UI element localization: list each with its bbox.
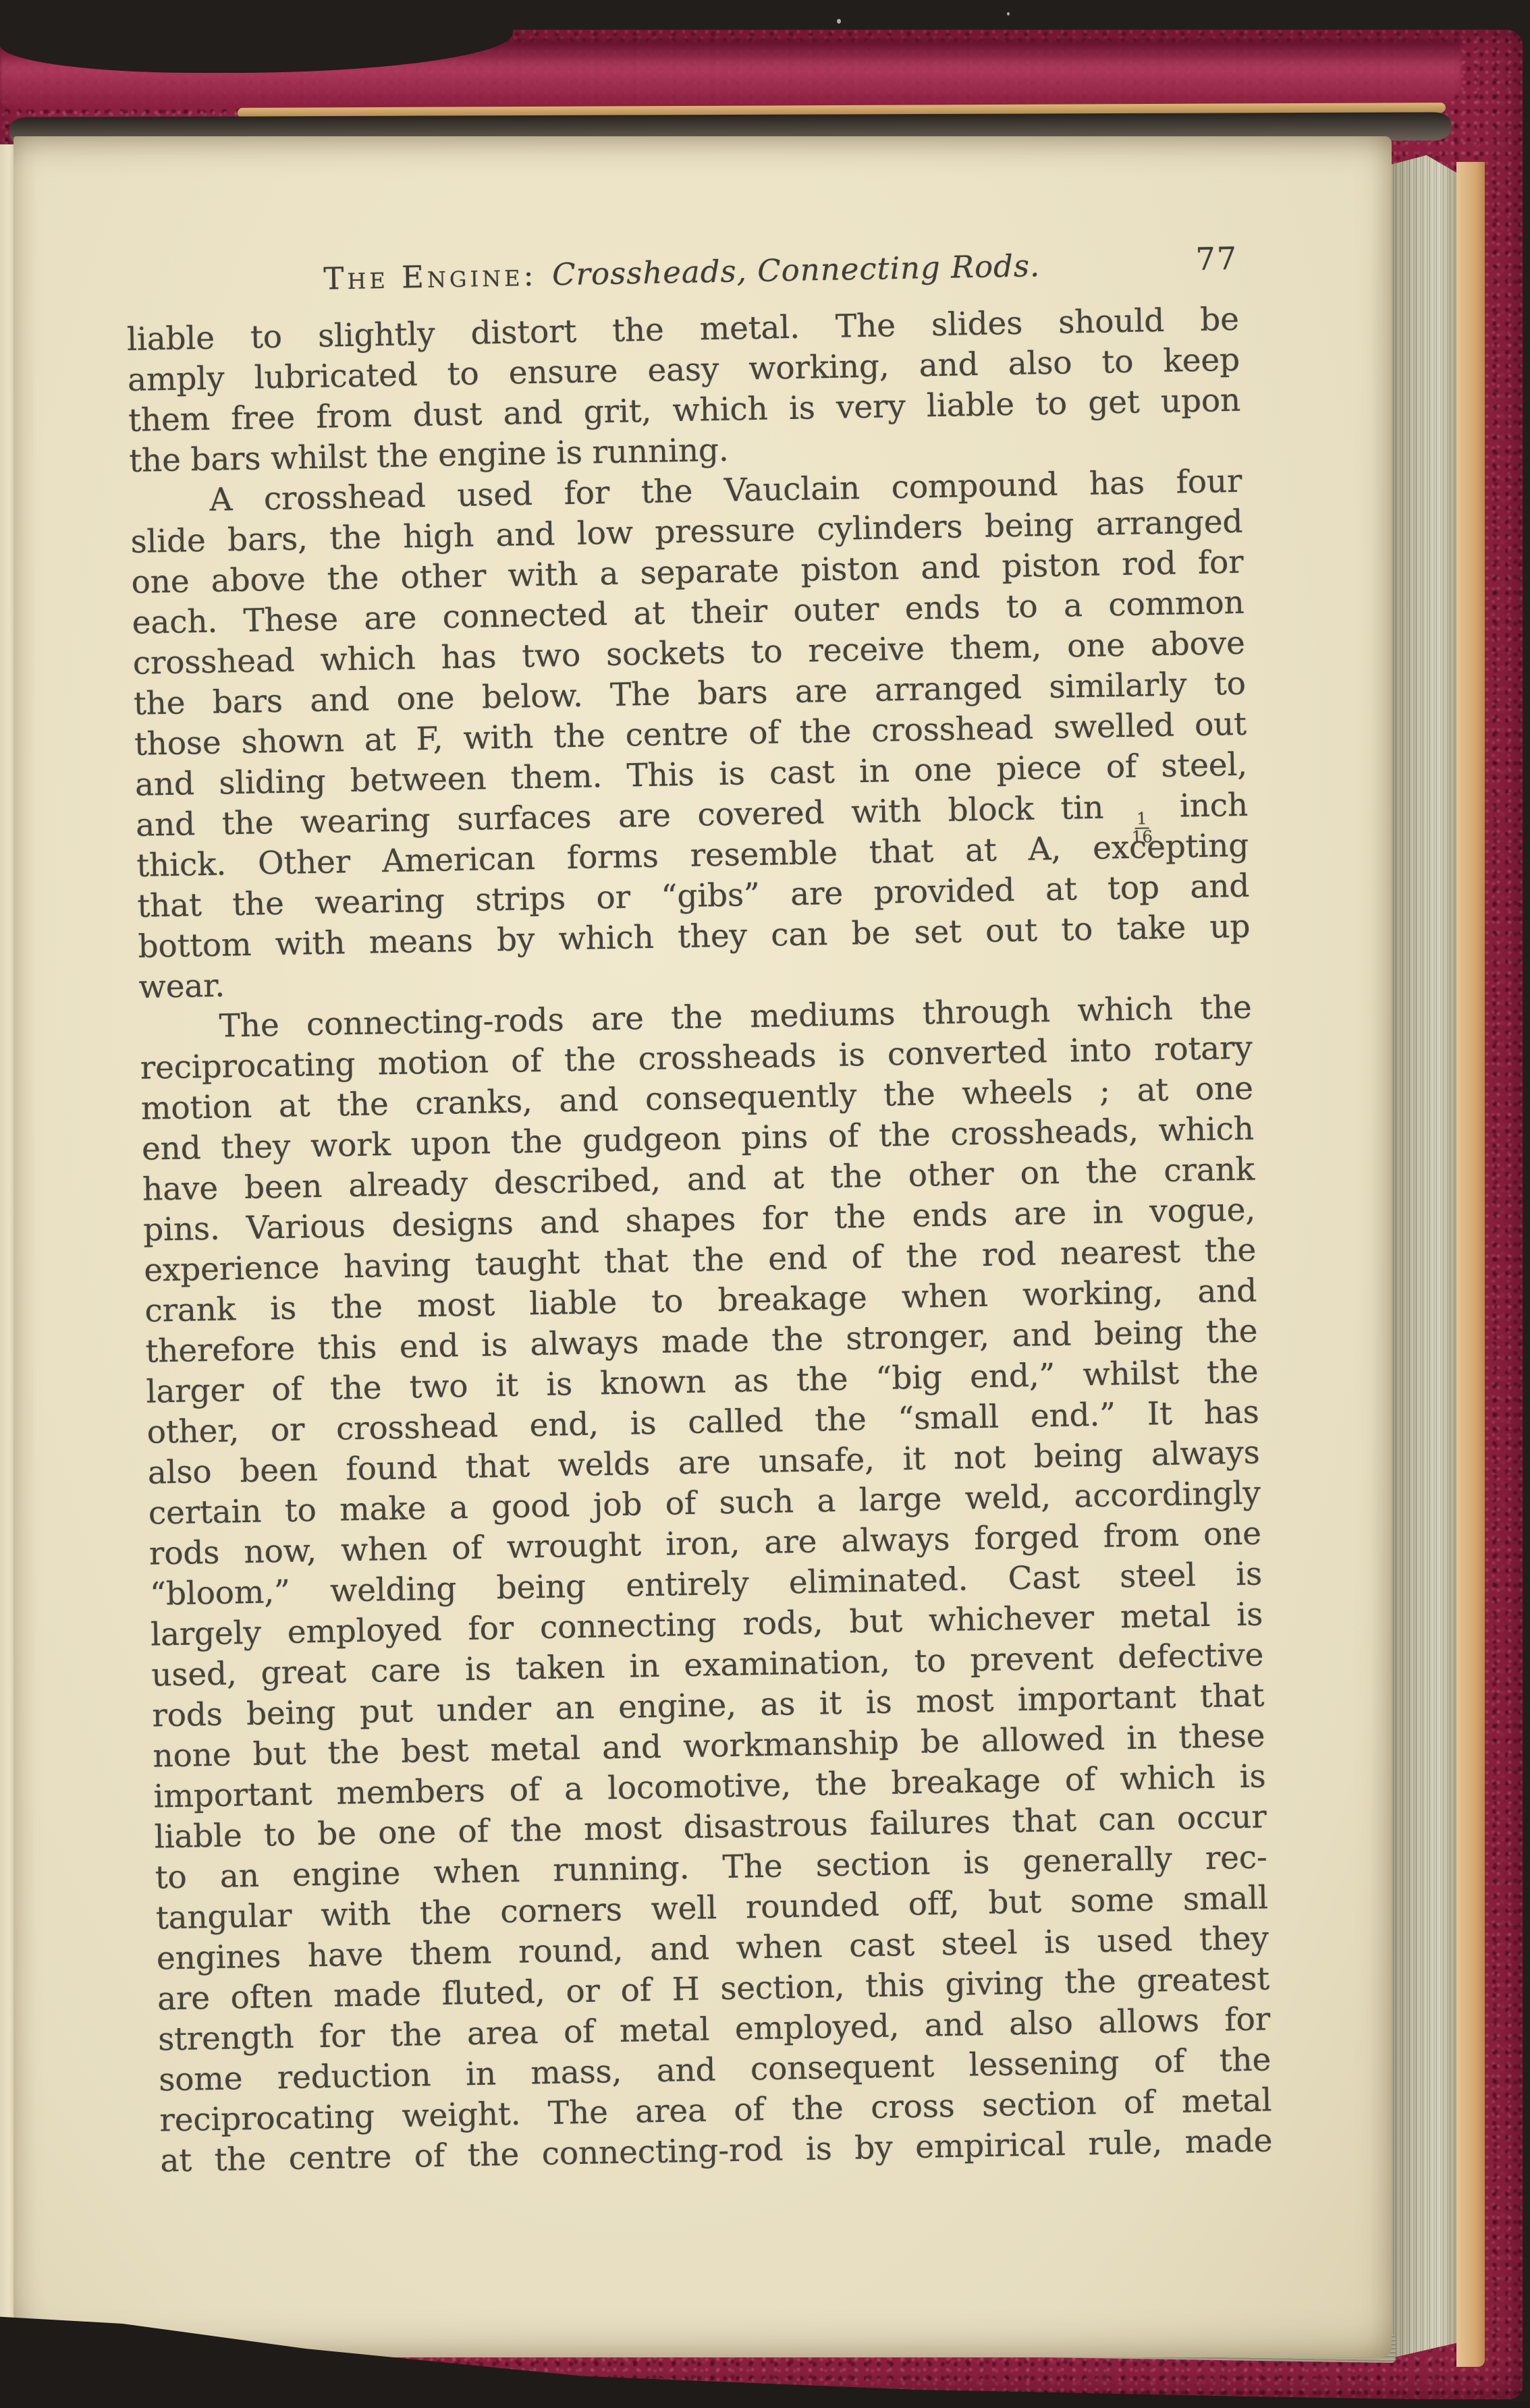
page-stack-fore-edge: [1385, 155, 1460, 2357]
dust-speck: [1007, 12, 1010, 16]
page-text: liable to slightly distort the metal. Th…: [127, 300, 1273, 2182]
cover-inner-tan-edge: [1456, 162, 1485, 2367]
running-header-section: The Engine:: [323, 257, 537, 297]
paragraph: The connecting-rods are the mediums thro…: [139, 988, 1273, 2182]
paragraph: liable to slightly distort the metal. Th…: [127, 300, 1242, 482]
dust-speck: [837, 19, 841, 24]
scanned-book-photo: { "book": { "header": { "section": "The …: [0, 0, 1530, 2408]
page-number: 77: [1195, 240, 1238, 277]
paragraph: A crosshead used for the Vauclain compou…: [130, 461, 1251, 1008]
page-text-block: The Engine: Crossheads, Connecting Rods.…: [126, 244, 1273, 2182]
